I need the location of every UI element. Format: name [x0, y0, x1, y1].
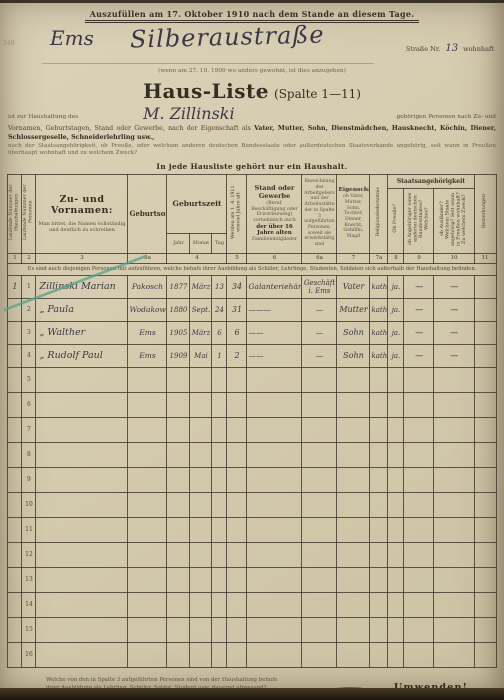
cell-birthplace: Wodakowken — [128, 298, 167, 321]
cell-person-no: 16 — [22, 642, 36, 667]
cell-occupation — [247, 542, 302, 567]
cell-prussian — [388, 442, 404, 467]
cell-age — [227, 617, 247, 642]
cell-employer — [302, 542, 337, 567]
cell-household-no — [8, 517, 22, 542]
cell-birth-day — [212, 642, 227, 667]
cell-religion — [370, 492, 388, 517]
cell-employer — [302, 642, 337, 667]
col-header-month: Monat — [190, 233, 212, 253]
col-header-birthdate: Geburtszeit — [167, 174, 227, 233]
cell-other-state — [404, 367, 434, 392]
form-title-row: Haus-Liste (Spalte 1—11) — [0, 79, 504, 103]
cell-religion — [370, 592, 388, 617]
cell-age — [227, 417, 247, 442]
cell-birth-year — [167, 442, 190, 467]
cell-birth-month — [190, 517, 212, 542]
cell-birth-year — [167, 467, 190, 492]
cell-birth-month: Sept. — [190, 298, 212, 321]
cell-name — [36, 617, 128, 642]
cell-other-state — [404, 417, 434, 442]
cell-household-no — [8, 321, 22, 344]
cell-occupation — [247, 617, 302, 642]
cell-occupation — [247, 367, 302, 392]
cell-role — [337, 592, 370, 617]
cell-age: 34 — [227, 275, 247, 298]
cell-birth-year — [167, 542, 190, 567]
cell-person-no: 13 — [22, 567, 36, 592]
cell-household-no — [8, 417, 22, 442]
col-header-household-number: Laufende Nummer der Haushaltungen — [8, 174, 22, 253]
cell-birth-month: Mai — [190, 344, 212, 367]
cell-person-no: 12 — [22, 542, 36, 567]
cell-birth-year: 1880 — [167, 298, 190, 321]
cell-age — [227, 517, 247, 542]
cell-age — [227, 567, 247, 592]
cell-age — [227, 442, 247, 467]
cell-other-state — [404, 392, 434, 417]
col-header-religion: Religionsbekenntnis — [370, 174, 388, 253]
cell-age — [227, 642, 247, 667]
cell-role — [337, 642, 370, 667]
cell-birth-month — [190, 542, 212, 567]
house-list-table: Laufende Nummer der Haushaltungen Laufen… — [7, 174, 496, 668]
cell-household-no — [8, 344, 22, 367]
cell-person-no: 2 — [22, 298, 36, 321]
cell-foreigner — [434, 367, 474, 392]
cell-occupation — [247, 492, 302, 517]
cell-birth-day: 24 — [212, 298, 227, 321]
cell-employer — [302, 442, 337, 467]
cell-household-no — [8, 567, 22, 592]
cell-remarks — [474, 617, 496, 642]
cell-prussian — [388, 542, 404, 567]
cell-household-no — [8, 442, 22, 467]
col-header-year: Jahr — [167, 233, 190, 253]
cell-prussian — [388, 417, 404, 442]
cell-religion — [370, 642, 388, 667]
empty-row: 8 — [8, 442, 496, 467]
cell-prussian — [388, 617, 404, 642]
cell-birthplace: Ems — [128, 344, 167, 367]
table-note-row: Es sind auch diejenigen Personen mit auf… — [8, 263, 496, 275]
cell-occupation — [247, 417, 302, 442]
cell-employer — [302, 392, 337, 417]
fill-date-instruction: Auszufüllen am 17. Oktober 1910 nach dem… — [85, 9, 420, 23]
cell-person-no: 15 — [22, 617, 36, 642]
cell-religion: kath. — [370, 344, 388, 367]
cell-foreigner — [434, 617, 474, 642]
cell-religion — [370, 517, 388, 542]
household-intro-row: ist zur Haushaltung des M. Zillinski geh… — [8, 104, 496, 123]
intro-prefix: ist zur Haushaltung des — [8, 114, 78, 123]
col-header-other-state: ob Angehöriger eines anderen deutschen B… — [404, 188, 434, 253]
cell-person-no: 11 — [22, 517, 36, 542]
cell-employer — [302, 567, 337, 592]
cell-name — [36, 467, 128, 492]
cell-birth-day — [212, 542, 227, 567]
cell-employer — [302, 592, 337, 617]
col-header-day: Tag — [212, 233, 227, 253]
cell-household-no — [8, 617, 22, 642]
cell-birthplace — [128, 542, 167, 567]
cell-household-no — [8, 542, 22, 567]
cell-role — [337, 492, 370, 517]
cell-age — [227, 592, 247, 617]
cell-birth-month: März — [190, 275, 212, 298]
cell-age — [227, 467, 247, 492]
cell-remarks — [474, 321, 496, 344]
cell-birth-year — [167, 392, 190, 417]
cell-occupation: Galanteriehändler — [247, 275, 302, 298]
cell-foreigner: — — [434, 344, 474, 367]
col-header-employer: Bezeichnung des Arbeitgebers und der Arb… — [302, 174, 337, 253]
cell-other-state — [404, 492, 434, 517]
cell-occupation — [247, 392, 302, 417]
person-row: 3 „ Walther Ems 1905 März 6 6 —— — Sohn … — [8, 321, 496, 344]
scan-edge-top — [0, 0, 504, 3]
cell-person-no: 9 — [22, 467, 36, 492]
cell-remarks — [474, 592, 496, 617]
cell-prussian — [388, 492, 404, 517]
street-number-handwritten: 13 — [445, 43, 458, 54]
cell-other-state — [404, 567, 434, 592]
col-header-role: Eigenschaft: ob Vater, Mutter, Sohn, Toc… — [337, 174, 370, 253]
col-header-occupation: Stand oder Gewerbe (Beruf, Beschäftigung… — [247, 174, 302, 253]
cell-occupation — [247, 442, 302, 467]
cell-birthplace: Pakosch — [128, 275, 167, 298]
cell-role — [337, 517, 370, 542]
cell-age — [227, 367, 247, 392]
cell-birth-month — [190, 417, 212, 442]
cell-foreigner — [434, 417, 474, 442]
cell-foreigner: — — [434, 275, 474, 298]
person-row: 1 1 Zillinski Marian Pakosch 1877 März 1… — [8, 275, 496, 298]
cell-birth-month — [190, 392, 212, 417]
cell-name — [36, 592, 128, 617]
cell-foreigner — [434, 467, 474, 492]
cell-remarks — [474, 417, 496, 442]
cell-birth-month — [190, 617, 212, 642]
cell-name — [36, 517, 128, 542]
cell-age — [227, 542, 247, 567]
cell-birth-year — [167, 642, 190, 667]
cell-birthplace — [128, 467, 167, 492]
cell-birth-year — [167, 492, 190, 517]
empty-row: 7 — [8, 417, 496, 442]
cell-birthplace — [128, 517, 167, 542]
cell-religion — [370, 442, 388, 467]
cell-name: „ Paula — [36, 298, 128, 321]
cell-person-no: 7 — [22, 417, 36, 442]
cell-foreigner — [434, 542, 474, 567]
cell-religion — [370, 542, 388, 567]
cell-birthplace — [128, 567, 167, 592]
cell-other-state: — — [404, 298, 434, 321]
cell-name — [36, 492, 128, 517]
cell-birthplace — [128, 392, 167, 417]
empty-row: 14 — [8, 592, 496, 617]
cell-other-state — [404, 467, 434, 492]
cell-remarks — [474, 567, 496, 592]
cell-birth-day — [212, 492, 227, 517]
cell-remarks — [474, 442, 496, 467]
cell-other-state — [404, 542, 434, 567]
cell-name: „ Rudolf Paul — [36, 344, 128, 367]
cell-name — [36, 392, 128, 417]
cell-religion: kath. — [370, 275, 388, 298]
cell-occupation — [247, 567, 302, 592]
cell-age: 31 — [227, 298, 247, 321]
cell-foreigner — [434, 492, 474, 517]
cell-birthplace — [128, 367, 167, 392]
cell-birth-month — [190, 592, 212, 617]
cell-role — [337, 467, 370, 492]
cell-birthplace — [128, 417, 167, 442]
cell-household-no — [8, 592, 22, 617]
intro-body-2: nach der Staatsangehörigkeit, ob Preuße,… — [8, 143, 496, 158]
cell-birthplace — [128, 492, 167, 517]
cell-role — [337, 417, 370, 442]
cell-foreigner — [434, 592, 474, 617]
cell-foreigner: — — [434, 321, 474, 344]
cell-other-state — [404, 642, 434, 667]
cell-other-state — [404, 617, 434, 642]
empty-row: 6 — [8, 392, 496, 417]
cell-household-no: 1 — [8, 275, 22, 298]
cell-birthplace — [128, 642, 167, 667]
cell-foreigner — [434, 642, 474, 667]
cell-other-state — [404, 592, 434, 617]
cell-household-no — [8, 642, 22, 667]
cell-birth-day: 13 — [212, 275, 227, 298]
cell-birth-day: 6 — [212, 321, 227, 344]
cell-foreigner — [434, 392, 474, 417]
cell-prussian: ja. — [388, 275, 404, 298]
cell-role: Mutter — [337, 298, 370, 321]
person-row: 4 „ Rudolf Paul Ems 1909 Mai 1 2 —— — So… — [8, 344, 496, 367]
cell-birth-year — [167, 417, 190, 442]
empty-row: 13 — [8, 567, 496, 592]
col-header-foreigner: ob Ausländer? Welchem Staate angehörig? … — [434, 188, 474, 253]
empty-row: 9 — [8, 467, 496, 492]
cell-birth-day — [212, 367, 227, 392]
intro-body-plain: Vornamen, Geburtstagen, Stand oder Gewer… — [8, 125, 254, 132]
cell-name — [36, 417, 128, 442]
cell-household-no — [8, 367, 22, 392]
cell-employer: Geschäft i. Ems — [302, 275, 337, 298]
cell-birthplace — [128, 442, 167, 467]
cell-prussian — [388, 467, 404, 492]
cell-birth-day — [212, 567, 227, 592]
cell-birth-day — [212, 617, 227, 642]
cell-birth-year — [167, 617, 190, 642]
cell-age — [227, 392, 247, 417]
empty-row: 15 — [8, 617, 496, 642]
cell-role — [337, 617, 370, 642]
form-title-suffix: (Spalte 1—11) — [274, 87, 361, 101]
street-number-group: Straße Nr. 13 wohnhaft — [406, 43, 494, 54]
cell-employer — [302, 367, 337, 392]
person-row: 2 „ Paula Wodakowken 1880 Sept. 24 31 ——… — [8, 298, 496, 321]
cell-foreigner: — — [434, 298, 474, 321]
cell-remarks — [474, 298, 496, 321]
wohnhaft-label: wohnhaft — [463, 45, 494, 53]
cell-remarks — [474, 642, 496, 667]
cell-birth-month — [190, 567, 212, 592]
cell-household-no — [8, 492, 22, 517]
empty-row: 12 — [8, 542, 496, 567]
cell-religion: kath. — [370, 298, 388, 321]
col-header-names: Zu- und Vornamen: Man bittet, die Namen … — [36, 174, 128, 253]
cell-religion — [370, 417, 388, 442]
cell-other-state: — — [404, 321, 434, 344]
cell-name — [36, 642, 128, 667]
cell-birth-day — [212, 442, 227, 467]
cell-foreigner — [434, 567, 474, 592]
cell-remarks — [474, 392, 496, 417]
cell-name — [36, 367, 128, 392]
cell-prussian — [388, 592, 404, 617]
cell-role — [337, 367, 370, 392]
cell-person-no: 8 — [22, 442, 36, 467]
cell-remarks — [474, 542, 496, 567]
cell-name: Zillinski Marian — [36, 275, 128, 298]
cell-other-state: — — [404, 275, 434, 298]
cell-occupation — [247, 592, 302, 617]
cell-religion — [370, 567, 388, 592]
cell-remarks — [474, 367, 496, 392]
cell-household-no — [8, 467, 22, 492]
cell-birth-day — [212, 467, 227, 492]
cell-person-no: 3 — [22, 321, 36, 344]
cell-birth-month — [190, 367, 212, 392]
street-note: (wenn am 27. 10. 1909 wo anders gewohnt,… — [0, 68, 504, 74]
cell-occupation: ——— — [247, 298, 302, 321]
cell-employer — [302, 517, 337, 542]
cell-birthplace — [128, 592, 167, 617]
cell-foreigner — [434, 442, 474, 467]
street-number-label: Straße Nr. — [406, 45, 440, 53]
cell-role — [337, 442, 370, 467]
cell-prussian — [388, 567, 404, 592]
col-header-age: Werden am 1. 4. 1911 wieviel Jahre alt — [227, 174, 247, 253]
cell-occupation — [247, 642, 302, 667]
census-house-list-page: Auszufüllen am 17. Oktober 1910 nach dem… — [0, 0, 504, 700]
empty-row: 16 — [8, 642, 496, 667]
cell-name — [36, 567, 128, 592]
empty-row: 5 — [8, 367, 496, 392]
column-number-row: 1 2 3 3a 4 5 6 6a 7 7a 8 9 10 11 — [8, 253, 496, 263]
empty-row: 11 — [8, 517, 496, 542]
cell-religion — [370, 467, 388, 492]
cell-birthplace: Ems — [128, 321, 167, 344]
cell-birth-month: März — [190, 321, 212, 344]
cell-prussian — [388, 642, 404, 667]
col-header-birthplace: Geburtsort — [128, 174, 167, 253]
intro-suffix: gehörigen Personen nach Zu- und — [396, 114, 496, 123]
cell-birth-month — [190, 642, 212, 667]
cell-role: Vater — [337, 275, 370, 298]
cell-remarks — [474, 517, 496, 542]
cell-employer: — — [302, 321, 337, 344]
cell-religion: kath. — [370, 321, 388, 344]
cell-birth-year: 1905 — [167, 321, 190, 344]
cell-occupation: —— — [247, 321, 302, 344]
cell-birth-month — [190, 467, 212, 492]
cell-foreigner — [434, 517, 474, 542]
street-handwritten: Silberaustraße — [130, 20, 325, 53]
cell-birthplace — [128, 617, 167, 642]
cell-birth-year — [167, 592, 190, 617]
col-header-person-number: Laufende Nummer der Personen — [22, 174, 36, 253]
cell-household-no — [8, 298, 22, 321]
one-household-rule: In jede Hausliste gehört nur ein Haushal… — [0, 162, 504, 171]
cell-birth-day — [212, 392, 227, 417]
cell-occupation — [247, 467, 302, 492]
cell-name — [36, 442, 128, 467]
cell-birth-year — [167, 517, 190, 542]
cell-employer — [302, 492, 337, 517]
cell-birth-year — [167, 367, 190, 392]
cell-birth-day — [212, 517, 227, 542]
cell-occupation: —— — [247, 344, 302, 367]
cell-role — [337, 542, 370, 567]
margin-number: 349 — [3, 40, 14, 47]
cell-prussian — [388, 517, 404, 542]
cell-role — [337, 567, 370, 592]
cell-remarks — [474, 492, 496, 517]
cell-remarks — [474, 344, 496, 367]
cell-religion — [370, 392, 388, 417]
cell-prussian — [388, 367, 404, 392]
cell-birth-month — [190, 442, 212, 467]
cell-employer — [302, 467, 337, 492]
cell-name — [36, 542, 128, 567]
cell-prussian: ja. — [388, 321, 404, 344]
street-write-line — [42, 63, 374, 64]
cell-religion — [370, 367, 388, 392]
household-head-handwritten: M. Zillinski — [143, 104, 234, 123]
col-header-remarks: Bemerkungen — [474, 174, 496, 253]
cell-age: 6 — [227, 321, 247, 344]
cell-employer — [302, 417, 337, 442]
cell-birth-day — [212, 592, 227, 617]
cell-birth-year: 1877 — [167, 275, 190, 298]
cell-prussian: ja. — [388, 344, 404, 367]
cell-household-no — [8, 392, 22, 417]
cell-remarks — [474, 467, 496, 492]
cell-birth-day: 1 — [212, 344, 227, 367]
col-header-citizenship-group: Staatsangehörigkeit — [388, 174, 474, 188]
cell-other-state — [404, 442, 434, 467]
cell-role — [337, 392, 370, 417]
cell-prussian: ja. — [388, 298, 404, 321]
cell-role: Sohn — [337, 344, 370, 367]
cell-person-no: 1 — [22, 275, 36, 298]
intro-body: Vornamen, Geburtstagen, Stand oder Gewer… — [8, 125, 496, 142]
cell-employer: — — [302, 344, 337, 367]
cell-birth-month — [190, 492, 212, 517]
cell-person-no: 5 — [22, 367, 36, 392]
cell-age: 2 — [227, 344, 247, 367]
cell-employer — [302, 617, 337, 642]
cell-birth-day — [212, 417, 227, 442]
cell-person-no: 4 — [22, 344, 36, 367]
cell-birth-year: 1909 — [167, 344, 190, 367]
cell-other-state: — — [404, 344, 434, 367]
cell-person-no: 6 — [22, 392, 36, 417]
